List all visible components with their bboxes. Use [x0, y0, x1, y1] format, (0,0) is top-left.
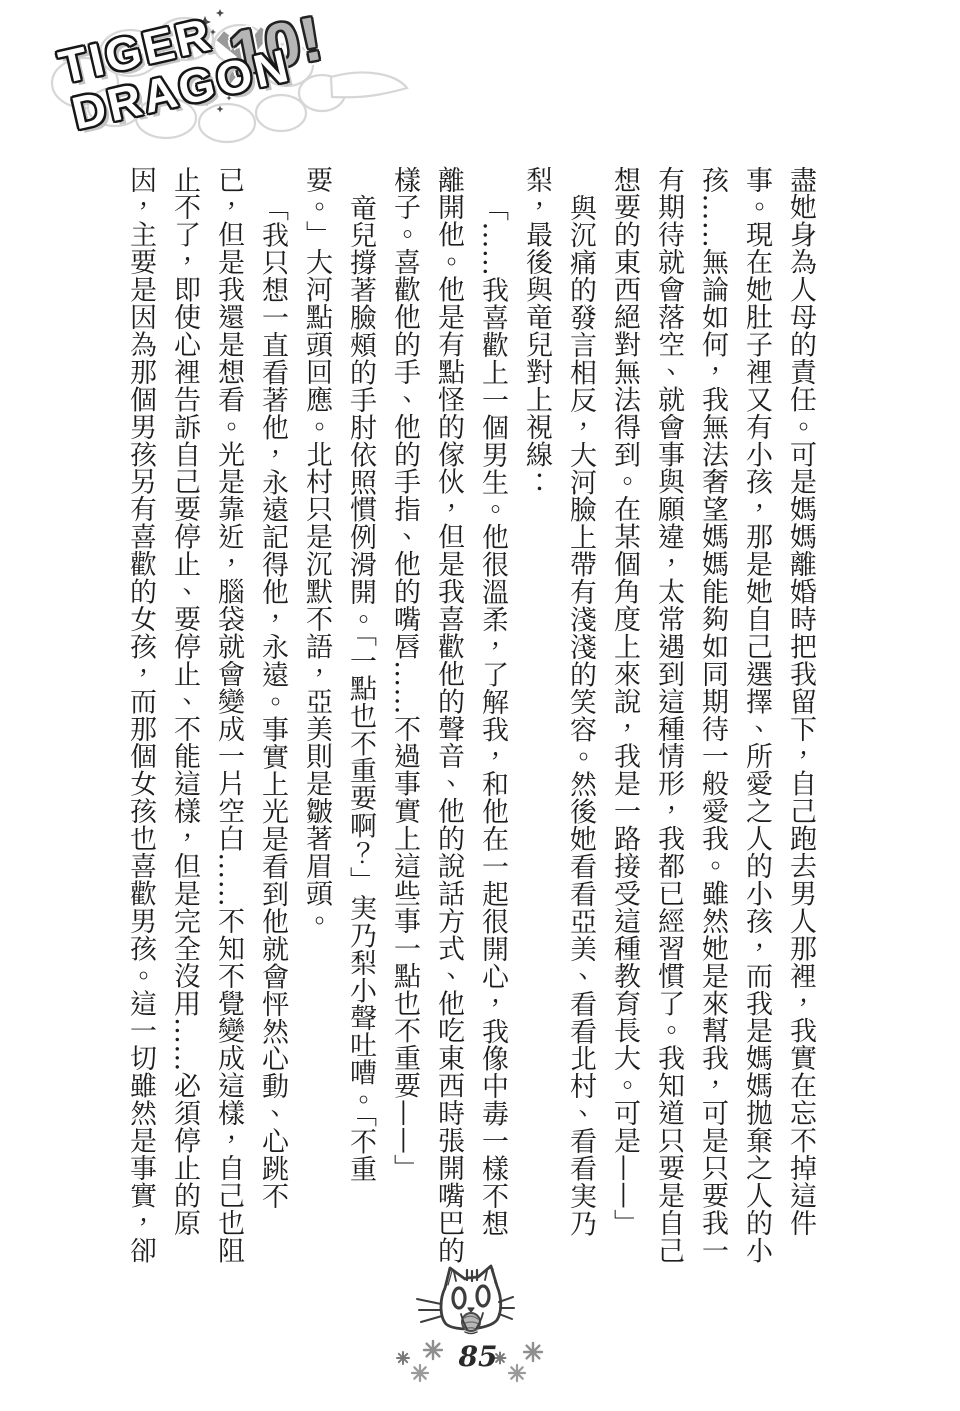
text-column: 要。」大河點頭回應。北村只是沉默不語，亞美則是皺著眉頭。: [294, 166, 338, 1241]
text-column: 已，但是我還是想看。光是靠近，腦袋就會變成一片空白……不知不覺變成這樣，自己也阻: [206, 166, 250, 1241]
text-column: 梨，最後與竜兒對上視線：: [514, 166, 558, 1241]
series-logo: × TIGER DRAGON 10!: [35, 5, 415, 150]
page-number: 85: [448, 1340, 508, 1373]
text-column: 「……我喜歡上一個男生。他很溫柔，了解我，和他在一起很開心，我像中毒一樣不想: [470, 166, 514, 1241]
text-column: 想要的東西絕對無法得到。在某個角度上來說，我是一路接受這種教育長大。可是——」: [602, 166, 646, 1241]
book-page: × TIGER DRAGON 10! 盡她身為人母的責任。可是媽媽離婚時把我留下…: [0, 0, 960, 1411]
text-column: 離開他。他是有點怪的傢伙，但是我喜歡他的聲音、他的說話方式、他吃東西時張開嘴巴的: [426, 166, 470, 1241]
text-column: 事。現在她肚子裡又有小孩，那是她自己選擇、所愛之人的小孩，而我是媽媽拋棄之人的小: [734, 166, 778, 1241]
text-column: 孩……無論如何，我無法奢望媽媽能夠如同期待一般愛我。雖然她是來幫我，可是只要我一: [690, 166, 734, 1241]
novel-text-block: 盡她身為人母的責任。可是媽媽離婚時把我留下，自己跑去男人那裡，我實在忘不掉這件事…: [118, 166, 822, 1241]
text-column: 盡她身為人母的責任。可是媽媽離婚時把我留下，自己跑去男人那裡，我實在忘不掉這件: [778, 166, 822, 1241]
text-column: 因，主要是因為那個男孩另有喜歡的女孩，而那個女孩也喜歡男孩。這一切雖然是事實，卻: [118, 166, 162, 1241]
text-column: 竜兒撐著臉頰的手肘依照慣例滑開。「一點也不重要啊？」実乃梨小聲吐嘈。「不重: [338, 166, 382, 1241]
cat-face-doodle-icon: [415, 1262, 515, 1344]
text-column: 與沉痛的發言相反，大河臉上帶有淺淺的笑容。然後她看看亞美、看看北村、看看実乃: [558, 166, 602, 1241]
text-column: 樣子。喜歡他的手、他的手指、他的嘴唇……不過事實上這些事一點也不重要——」: [382, 166, 426, 1241]
text-column: 「我只想一直看著他，永遠記得他，永遠。事實上光是看到他就會怦然心動、心跳不: [250, 166, 294, 1241]
text-column: 有期待就會落空、就會事與願違，太常遇到這種情形，我都已經習慣了。我知道只要是自己: [646, 166, 690, 1241]
text-column: 止不了，即使心裡告訴自己要停止、要停止、不能這樣，但是完全沒用……必須停止的原: [162, 166, 206, 1241]
